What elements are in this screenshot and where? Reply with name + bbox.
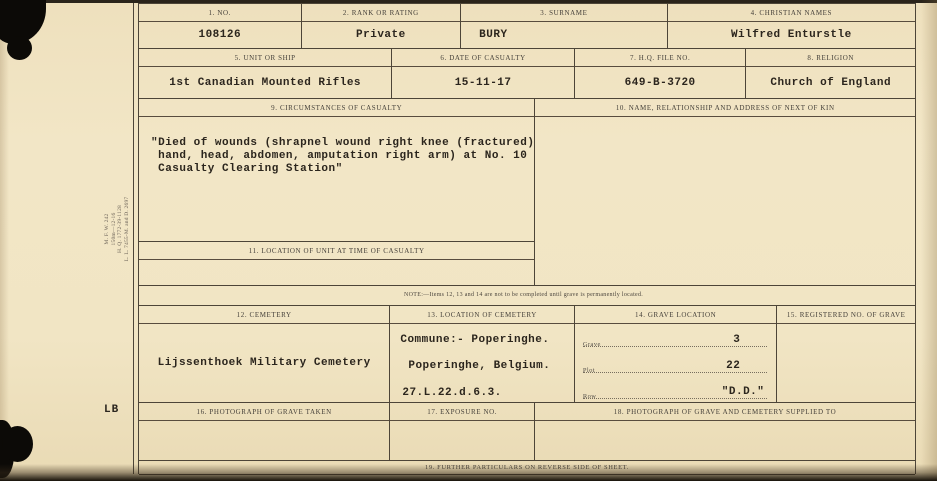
- lb-stamp: LB: [104, 404, 119, 416]
- dotted-leader: [583, 372, 767, 373]
- form-left-double-rule: [133, 3, 134, 474]
- imprint-line: L. L. 7455-M. and D. 2697: [124, 154, 131, 304]
- field-unit-label: 5. UNIT OR SHIP: [139, 49, 391, 67]
- cemetery-location-line: Commune:- Poperinghe.: [390, 334, 574, 346]
- grave-row: Grave 3: [575, 324, 776, 350]
- grave-row-value: 22: [726, 360, 740, 372]
- grave-row: Row "D.D.": [575, 376, 776, 402]
- dotted-leader: [583, 398, 767, 399]
- grave-row-value: 3: [733, 334, 740, 346]
- field-christian-names-label: 4. CHRISTIAN NAMES: [668, 4, 915, 22]
- form-row-5: 16. PHOTOGRAPH OF GRAVE TAKEN 17. EXPOSU…: [139, 403, 915, 461]
- scan-edge-bottom: [0, 464, 937, 481]
- form-row-4: 12. CEMETERY Lijssenthoek Military Cemet…: [139, 306, 915, 403]
- grave-row: Plot 22: [575, 350, 776, 376]
- field-photo-taken-cell: 16. PHOTOGRAPH OF GRAVE TAKEN: [139, 403, 390, 460]
- field-religion-value: Church of England: [746, 67, 915, 98]
- form-row-2: 5. UNIT OR SHIP 1st Canadian Mounted Rif…: [139, 49, 915, 99]
- field-cemetery-location-cell: 13. LOCATION OF CEMETERY Commune:- Poper…: [390, 306, 575, 402]
- field-unit-value: 1st Canadian Mounted Rifles: [139, 67, 391, 98]
- cemetery-location-line: Poperinghe, Belgium.: [390, 360, 574, 372]
- field-date-label: 6. DATE OF CASUALTY: [392, 49, 574, 67]
- field-photo-supplied-label: 18. PHOTOGRAPH OF GRAVE AND CEMETERY SUP…: [535, 403, 915, 421]
- casualty-record-scan: M. F. W. 242 150m—12-16 H. Q. 1772-39-11…: [0, 0, 937, 481]
- field-no-value: 108126: [139, 22, 301, 48]
- field-hq-file-value: 649-B-3720: [575, 67, 746, 98]
- field-registered-grave-label: 15. REGISTERED NO. OF GRAVE: [777, 306, 915, 324]
- field-religion-label: 8. RELIGION: [746, 49, 915, 67]
- form-row-1: 1. NO. 108126 2. RANK OR RATING Private …: [139, 4, 915, 49]
- field-unit-location-label: 11. LOCATION OF UNIT AT TIME OF CASUALTY: [139, 242, 534, 260]
- field-no-cell: 1. NO. 108126: [139, 4, 302, 48]
- field-grave-location-cell: 14. GRAVE LOCATION Grave 3 Plot 22 Row "…: [575, 306, 777, 402]
- grave-row-value: "D.D.": [722, 386, 765, 398]
- scan-edge-right: [921, 0, 937, 481]
- next-of-kin-column: 10. NAME, RELATIONSHIP AND ADDRESS OF NE…: [535, 99, 915, 285]
- field-hq-file-cell: 7. H.Q. FILE NO. 649-B-3720: [575, 49, 747, 98]
- field-hq-file-label: 7. H.Q. FILE NO.: [575, 49, 746, 67]
- field-surname-value: BURY: [461, 22, 666, 48]
- field-circumstances-value: "Died of wounds (shrapnel wound right kn…: [139, 117, 534, 242]
- field-cemetery-label: 12. CEMETERY: [139, 306, 389, 324]
- field-date-value: 15-11-17: [392, 67, 574, 98]
- field-grave-location-label: 14. GRAVE LOCATION: [575, 306, 776, 324]
- circumstances-column: 9. CIRCUMSTANCES OF CASUALTY "Died of wo…: [139, 99, 535, 285]
- field-next-of-kin-label: 10. NAME, RELATIONSHIP AND ADDRESS OF NE…: [535, 99, 915, 117]
- field-circumstances-label: 9. CIRCUMSTANCES OF CASUALTY: [139, 99, 534, 117]
- field-no-label: 1. NO.: [139, 4, 301, 22]
- form-row-3: 9. CIRCUMSTANCES OF CASUALTY "Died of wo…: [139, 99, 915, 286]
- form-note-row: NOTE:—Items 12, 13 and 14 are not to be …: [139, 286, 915, 306]
- field-photo-taken-label: 16. PHOTOGRAPH OF GRAVE TAKEN: [139, 403, 389, 421]
- field-exposure-cell: 17. EXPOSURE NO.: [390, 403, 535, 460]
- form-imprint-text: M. F. W. 242 150m—12-16 H. Q. 1772-39-11…: [104, 154, 130, 304]
- ink-blob-bottom-left-lobe: [2, 426, 33, 462]
- field-registered-grave-cell: 15. REGISTERED NO. OF GRAVE: [777, 306, 915, 402]
- field-surname-label: 3. SURNAME: [461, 4, 666, 22]
- scan-edge-left: [0, 0, 9, 481]
- casualty-form: 1. NO. 108126 2. RANK OR RATING Private …: [138, 3, 916, 474]
- field-photo-supplied-cell: 18. PHOTOGRAPH OF GRAVE AND CEMETERY SUP…: [535, 403, 915, 460]
- dotted-leader: [583, 346, 767, 347]
- field-christian-names-value: Wilfred Enturstle: [668, 22, 915, 48]
- field-date-cell: 6. DATE OF CASUALTY 15-11-17: [392, 49, 575, 98]
- field-christian-names-cell: 4. CHRISTIAN NAMES Wilfred Enturstle: [668, 4, 915, 48]
- ink-blob-top-left-lobe: [7, 36, 32, 60]
- cemetery-location-line: 27.L.22.d.6.3.: [390, 387, 574, 399]
- field-cemetery-location-label: 13. LOCATION OF CEMETERY: [390, 306, 574, 324]
- field-rank-label: 2. RANK OR RATING: [302, 4, 461, 22]
- field-cemetery-cell: 12. CEMETERY Lijssenthoek Military Cemet…: [139, 306, 390, 402]
- field-exposure-label: 17. EXPOSURE NO.: [390, 403, 534, 421]
- field-rank-value: Private: [302, 22, 461, 48]
- form-note: NOTE:—Items 12, 13 and 14 are not to be …: [139, 286, 643, 305]
- field-religion-cell: 8. RELIGION Church of England: [746, 49, 915, 98]
- field-unit-cell: 5. UNIT OR SHIP 1st Canadian Mounted Rif…: [139, 49, 392, 98]
- field-surname-cell: 3. SURNAME BURY: [461, 4, 667, 48]
- field-cemetery-value: Lijssenthoek Military Cemetery: [139, 324, 389, 402]
- field-rank-cell: 2. RANK OR RATING Private: [302, 4, 462, 48]
